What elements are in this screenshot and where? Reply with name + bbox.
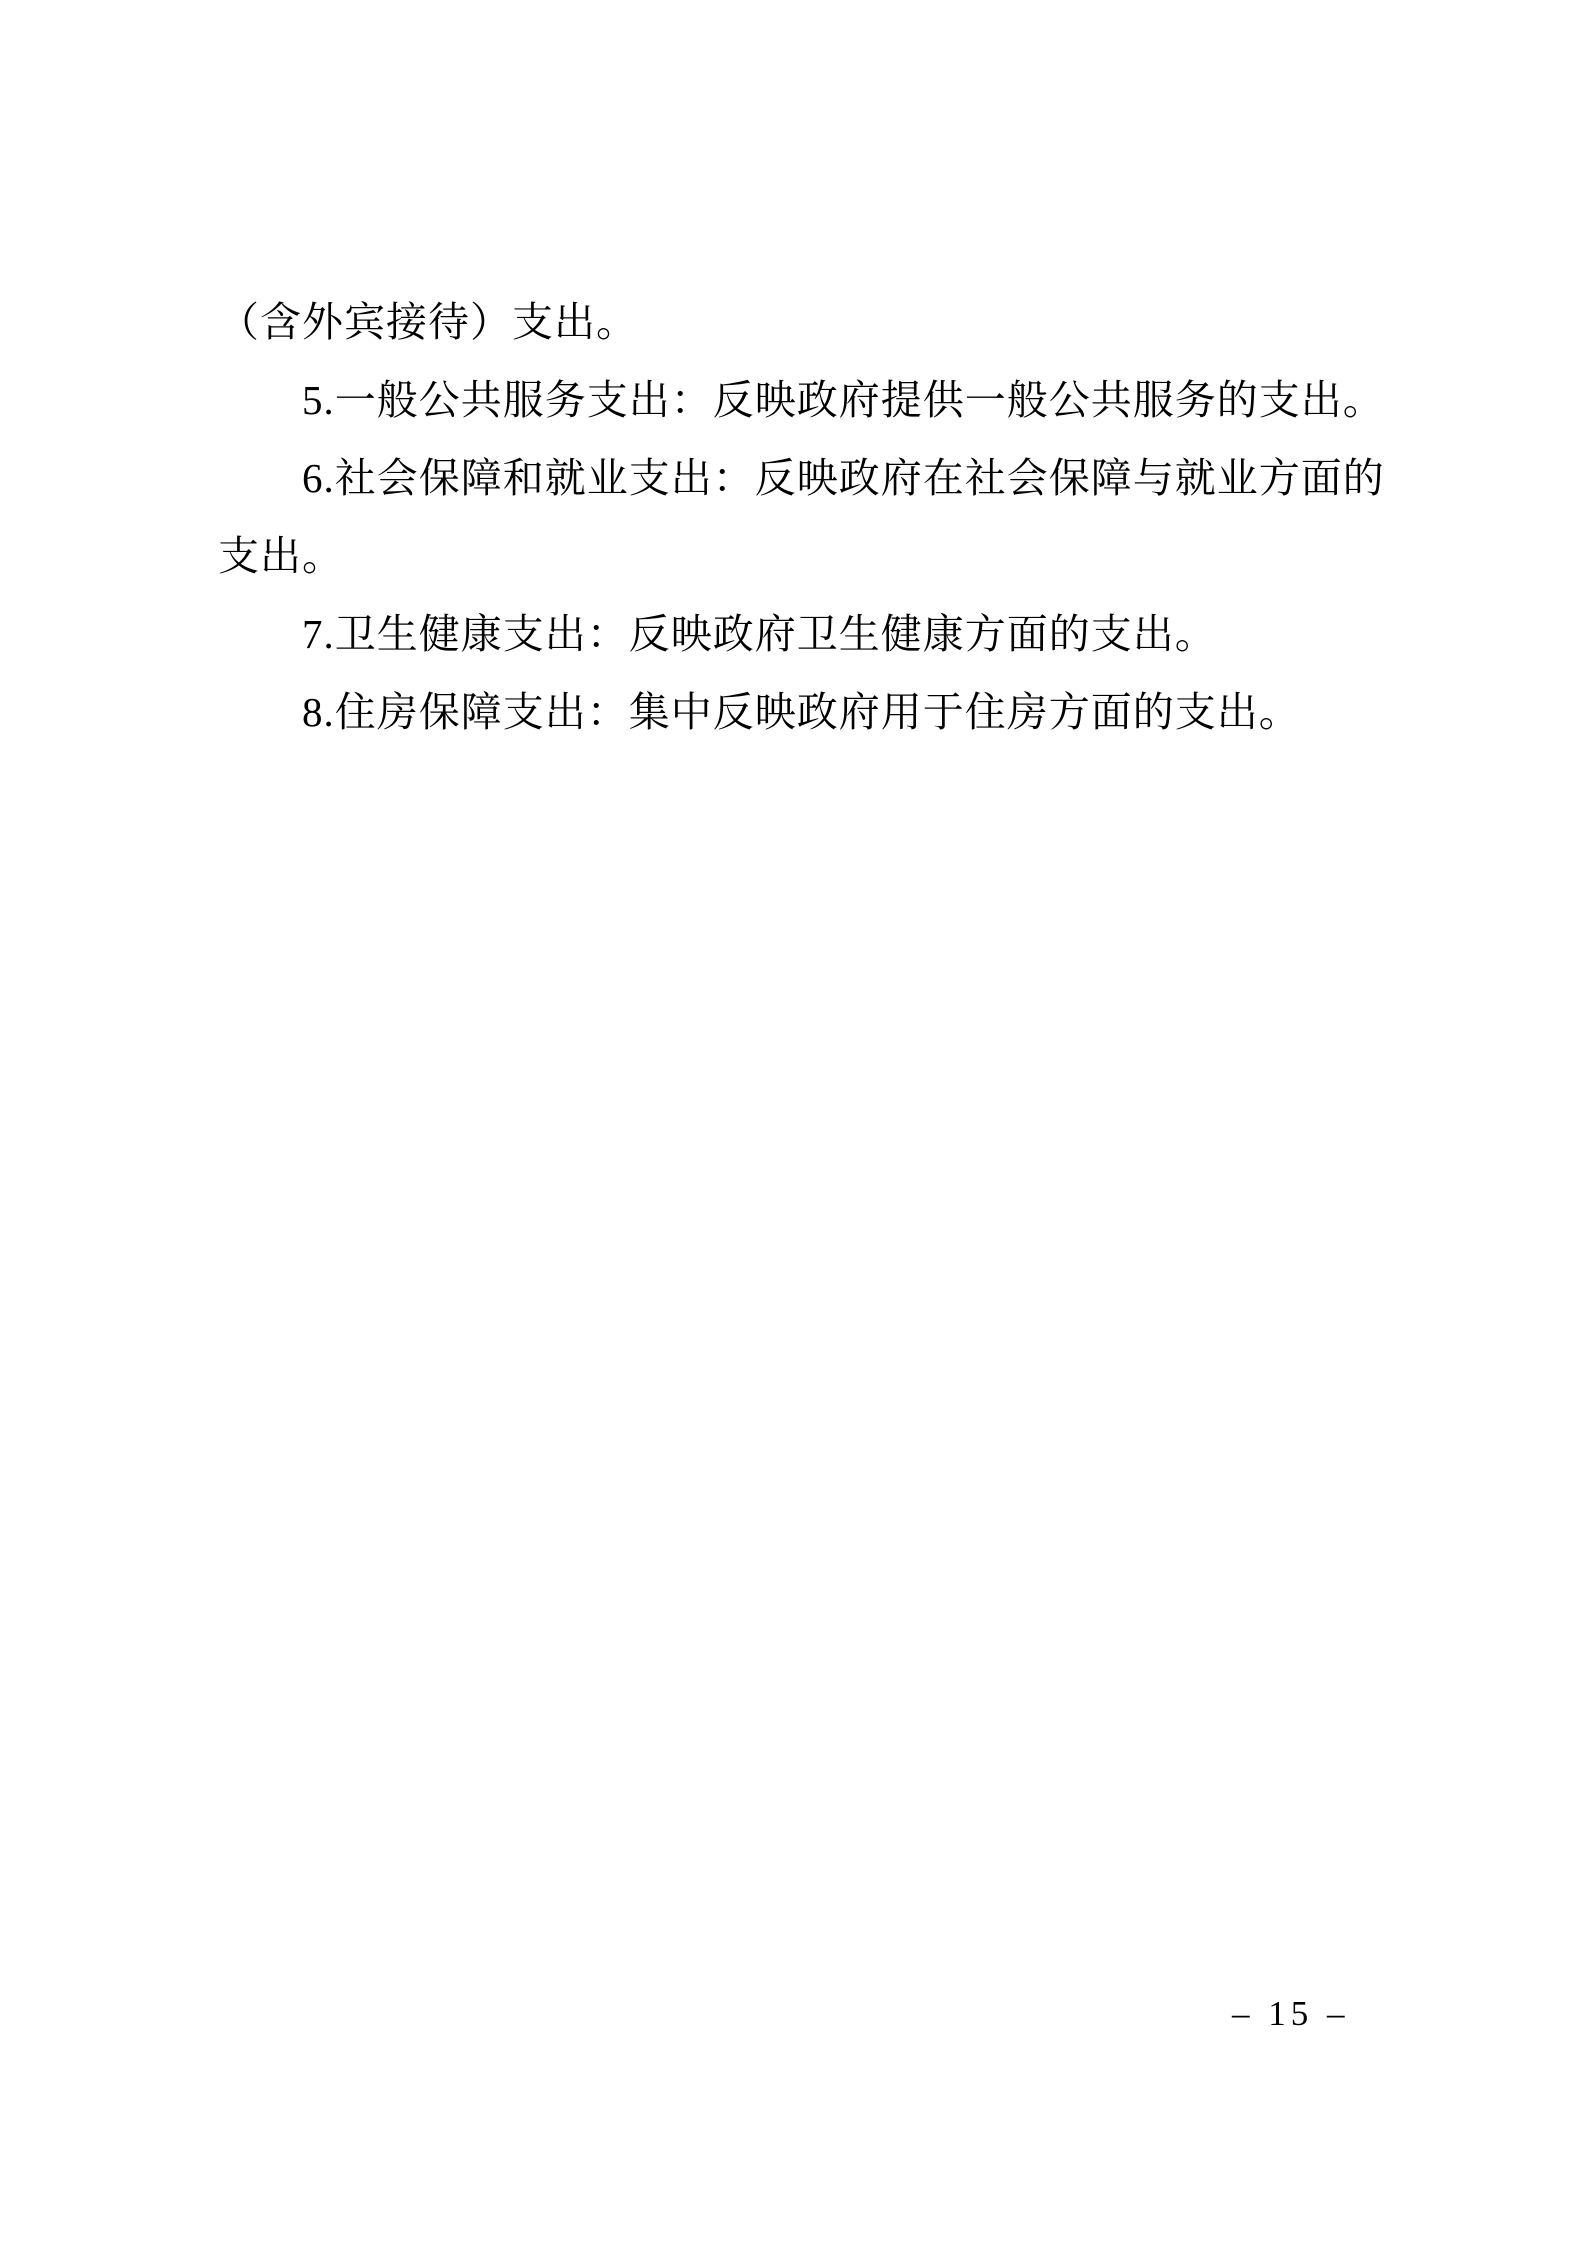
body-text: （含外宾接待）支出。 5.一般公共服务支出：反映政府提供一般公共服务的支出。 6… bbox=[218, 283, 1396, 751]
text-line-5: 7.卫生健康支出：反映政府卫生健康方面的支出。 bbox=[218, 595, 1396, 673]
text-line-2: 5.一般公共服务支出：反映政府提供一般公共服务的支出。 bbox=[218, 361, 1396, 439]
text-line-4: 支出。 bbox=[218, 517, 1396, 595]
document-page: （含外宾接待）支出。 5.一般公共服务支出：反映政府提供一般公共服务的支出。 6… bbox=[0, 0, 1587, 2245]
text-line-6: 8.住房保障支出：集中反映政府用于住房方面的支出。 bbox=[218, 673, 1396, 751]
text-line-1: （含外宾接待）支出。 bbox=[218, 283, 1396, 361]
text-line-3: 6.社会保障和就业支出：反映政府在社会保障与就业方面的 bbox=[218, 439, 1396, 517]
page-number: – 15 – bbox=[1232, 1994, 1350, 2034]
